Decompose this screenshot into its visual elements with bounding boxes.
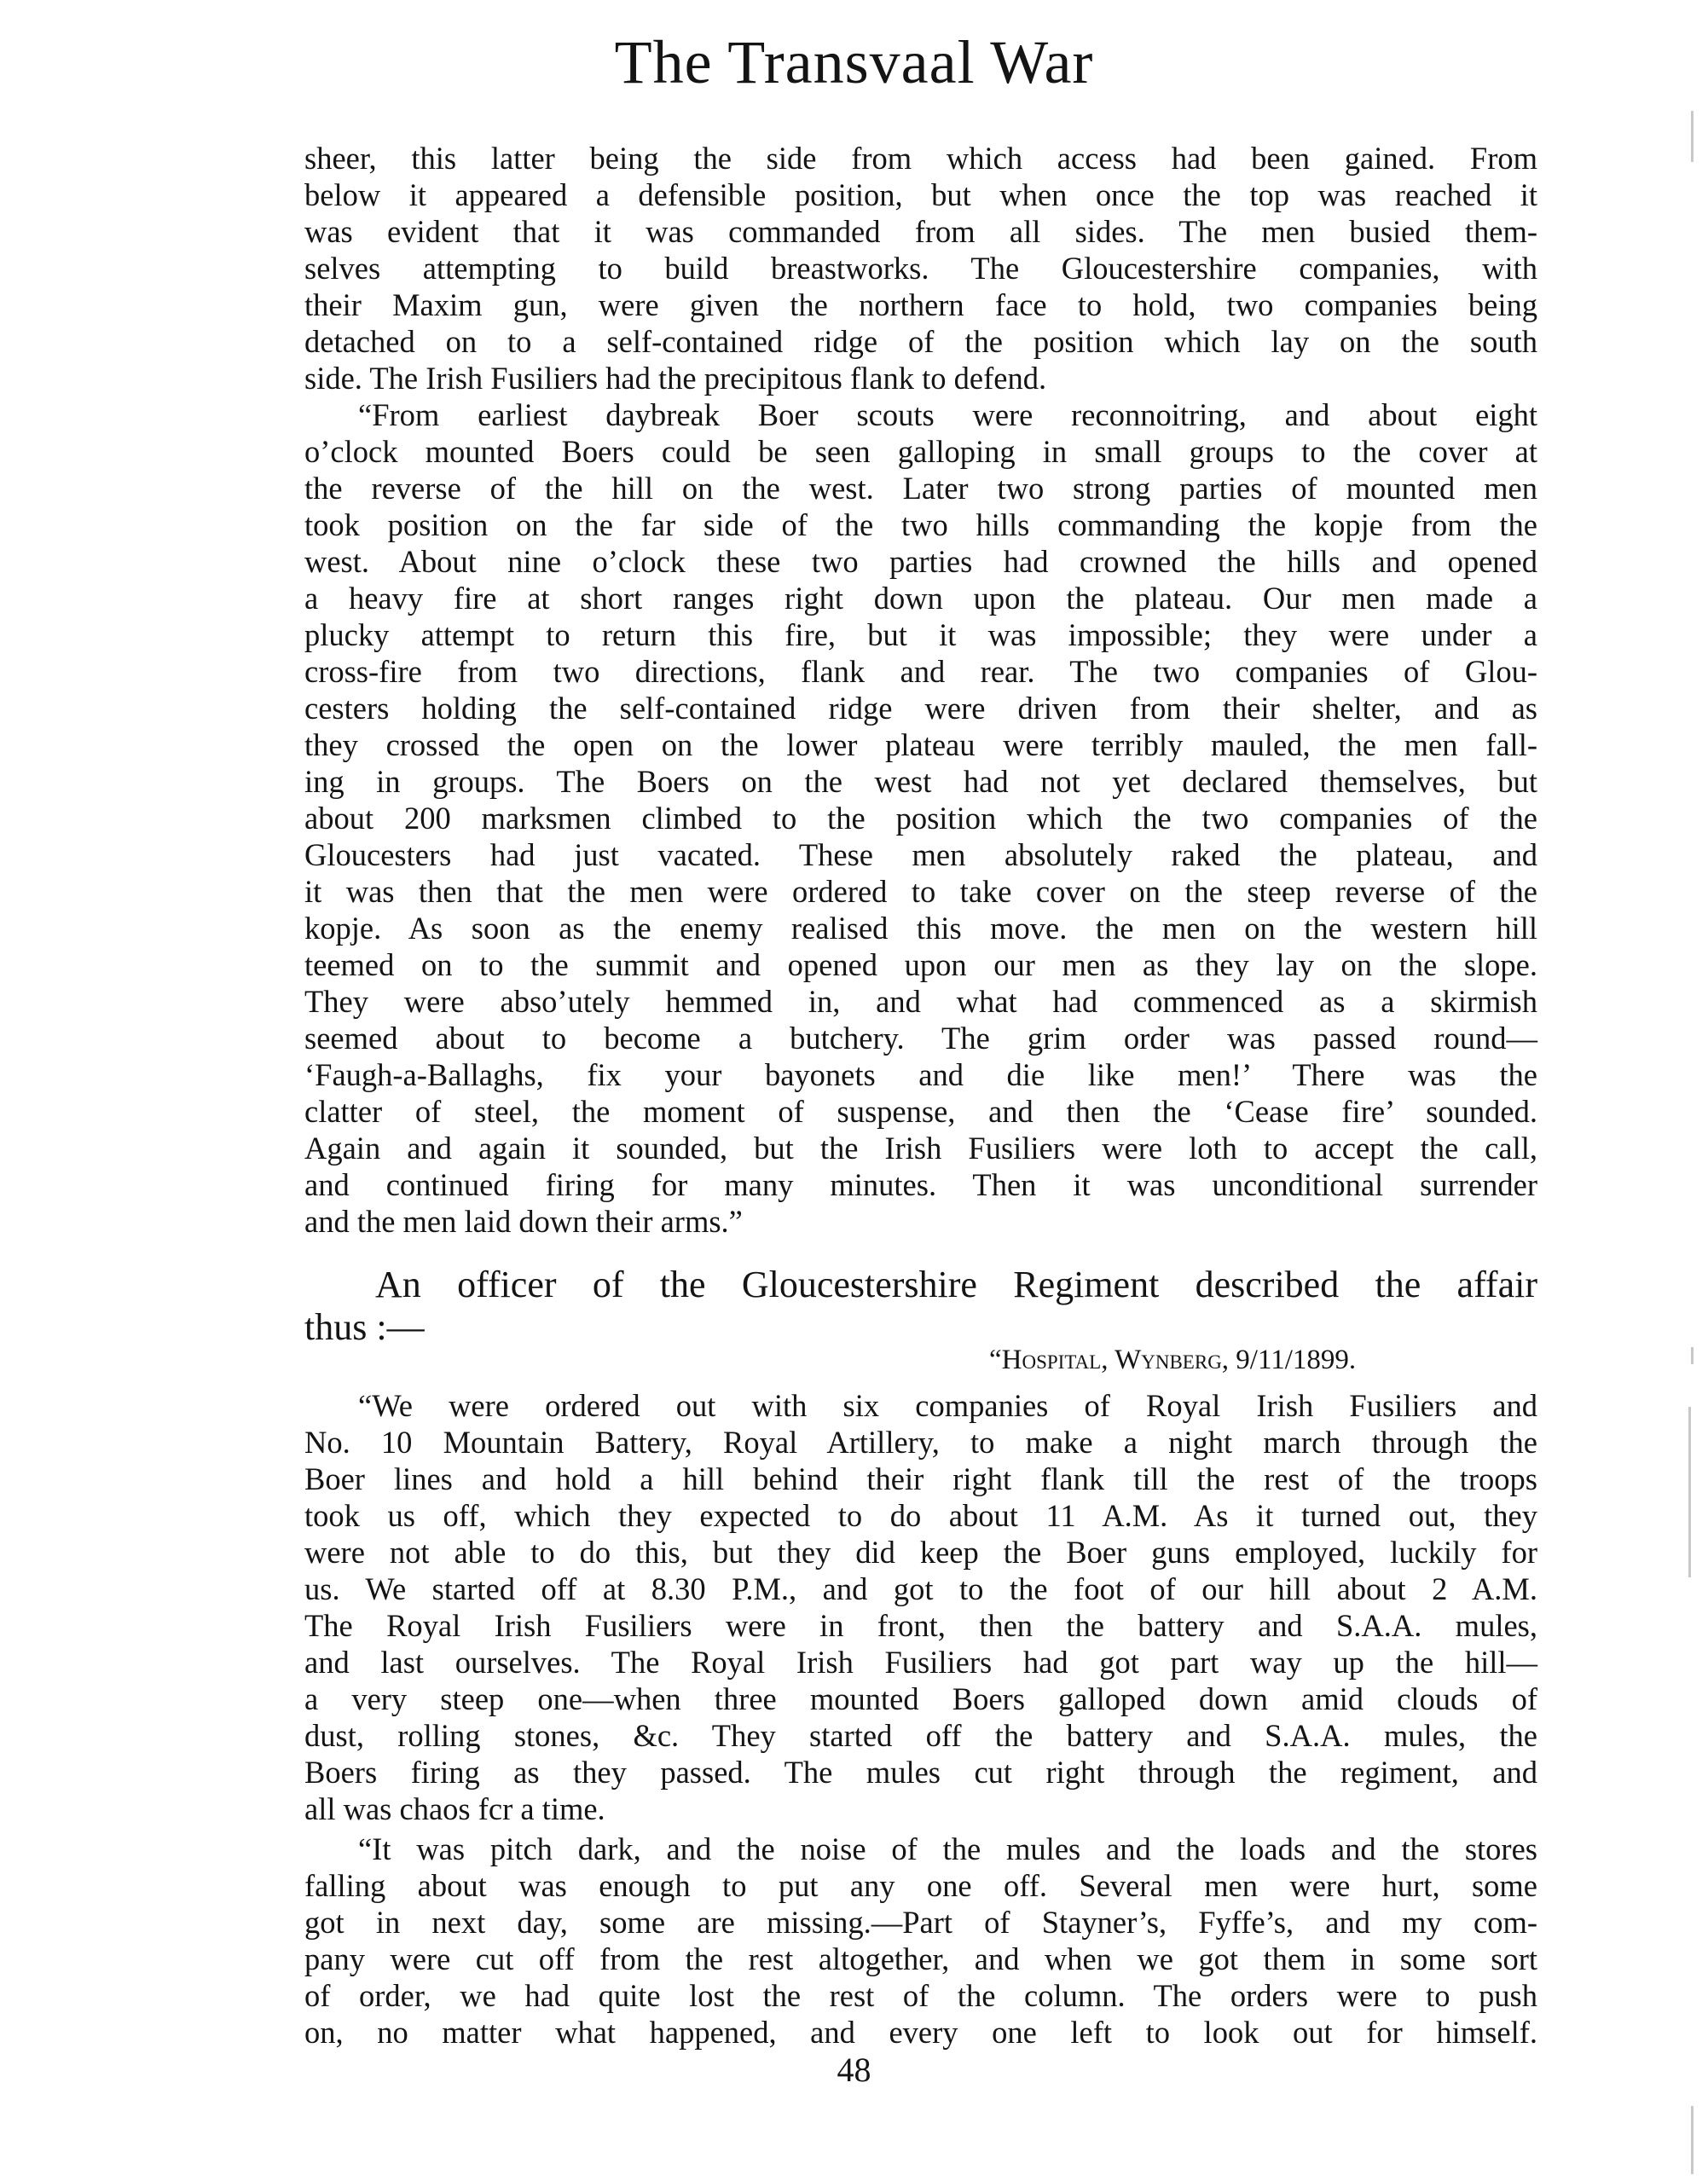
text-line: They were abso’utely hemmed in, and what…	[304, 983, 1537, 1021]
text-line: of order, we had quite lost the rest of …	[304, 1977, 1537, 2015]
text-line: were not able to do this, but they did k…	[304, 1534, 1537, 1571]
text-line: plucky attempt to return this fire, but …	[304, 616, 1537, 654]
text-line: Gloucesters had just vacated. These men …	[304, 836, 1537, 874]
text-line: their Maxim gun, were given the northern…	[304, 286, 1537, 324]
text-line: clatter of steel, the moment of suspense…	[304, 1093, 1537, 1131]
text-line: a heavy fire at short ranges right down …	[304, 580, 1537, 617]
text-line: and continued firing for many minutes. T…	[304, 1166, 1537, 1204]
text-line: “We were ordered out with six companies …	[358, 1387, 1537, 1425]
text-line: and last ourselves. The Royal Irish Fusi…	[304, 1644, 1537, 1681]
letter-dateline: “Hospital, Wynberg, 9/11/1899.	[989, 1343, 1356, 1377]
text-line: falling about was enough to put any one …	[304, 1867, 1537, 1905]
page-number: 48	[0, 2050, 1708, 2091]
text-line: pany were cut off from the rest altogeth…	[304, 1941, 1537, 1978]
text-line: a very steep one—when three mounted Boer…	[304, 1681, 1537, 1718]
scan-artifact	[1691, 2106, 1694, 2174]
text-line: “It was pitch dark, and the noise of the…	[358, 1831, 1537, 1868]
text-line: side. The Irish Fusiliers had the precip…	[304, 360, 1537, 397]
text-line: got in next day, some are missing.—Part …	[304, 1904, 1537, 1941]
text-line: us. We started off at 8.30 P.M., and got…	[304, 1571, 1537, 1608]
text-line: all was chaos fcr a time.	[304, 1791, 1537, 1828]
text-line: o’clock mounted Boers could be seen gall…	[304, 433, 1537, 471]
running-title: The Transvaal War	[0, 24, 1708, 101]
scan-artifact	[1688, 1407, 1691, 1577]
text-line: dust, rolling stones, &c. They started o…	[304, 1717, 1537, 1755]
section-intro-line: An officer of the Gloucestershire Regime…	[375, 1262, 1537, 1308]
text-line: was evident that it was commanded from a…	[304, 213, 1537, 251]
text-line: below it appeared a defensible position,…	[304, 176, 1537, 214]
text-line: The Royal Irish Fusiliers were in front,…	[304, 1607, 1537, 1645]
text-line: about 200 marksmen climbed to the positi…	[304, 800, 1537, 837]
text-line: selves attempting to build breastworks. …	[304, 250, 1537, 287]
scan-artifact	[1691, 1347, 1694, 1364]
text-line: it was then that the men were ordered to…	[304, 873, 1537, 911]
text-line: the reverse of the hill on the west. Lat…	[304, 470, 1537, 507]
text-line: they crossed the open on the lower plate…	[304, 726, 1537, 764]
text-line: cross-fire from two directions, flank an…	[304, 653, 1537, 691]
scan-artifact	[1691, 111, 1694, 162]
text-line: kopje. As soon as the enemy realised thi…	[304, 910, 1537, 947]
text-line: west. About nine o’clock these two parti…	[304, 543, 1537, 581]
text-line: took us off, which they expected to do a…	[304, 1497, 1537, 1535]
text-line: Boers firing as they passed. The mules c…	[304, 1754, 1537, 1791]
text-line: took position on the far side of the two…	[304, 506, 1537, 544]
text-line: Again and again it sounded, but the Iris…	[304, 1130, 1537, 1167]
text-line: on, no matter what happened, and every o…	[304, 2014, 1537, 2051]
text-line: seemed about to become a butchery. The g…	[304, 1020, 1537, 1057]
text-line: detached on to a self-contained ridge of…	[304, 323, 1537, 361]
text-line: and the men laid down their arms.”	[304, 1203, 1537, 1241]
text-line: sheer, this latter being the side from w…	[304, 140, 1537, 177]
text-line: Boer lines and hold a hill behind their …	[304, 1461, 1537, 1498]
text-line: cesters holding the self-contained ridge…	[304, 690, 1537, 727]
text-line: “From earliest daybreak Boer scouts were…	[358, 396, 1537, 434]
book-page: The Transvaal War sheer, this latter bei…	[0, 0, 1708, 2181]
text-line: No. 10 Mountain Battery, Royal Artillery…	[304, 1424, 1537, 1461]
text-line: ing in groups. The Boers on the west had…	[304, 763, 1537, 801]
text-line: ‘Faugh-a-Ballaghs, fix your bayonets and…	[304, 1056, 1537, 1094]
text-line: teemed on to the summit and opened upon …	[304, 946, 1537, 984]
